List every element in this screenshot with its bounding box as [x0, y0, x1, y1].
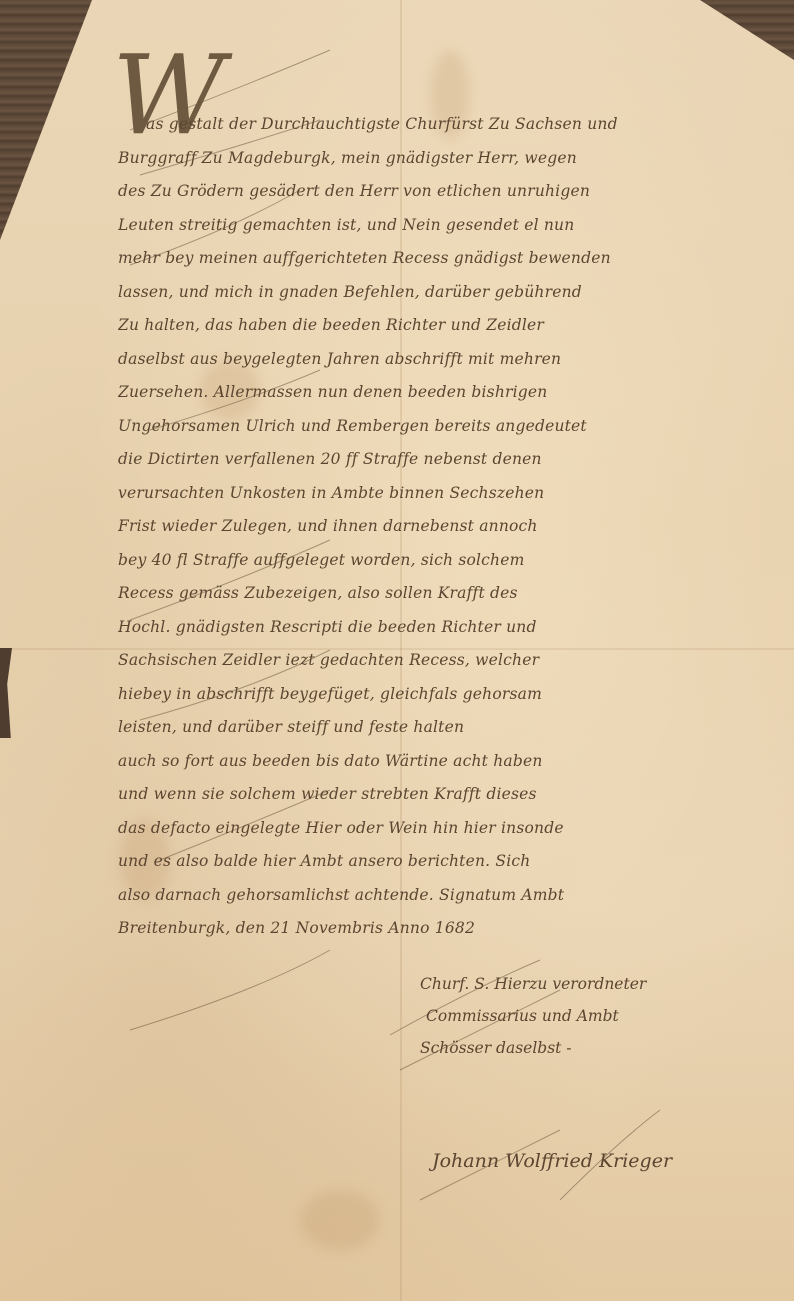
body-line: also darnach gehorsamlichst achtende. Si… [118, 879, 788, 913]
body-line: Leuten streitig gemachten ist, und Nein … [118, 209, 788, 243]
body-line: Ungehorsamen Ulrich und Rembergen bereit… [118, 410, 788, 444]
body-line: Hochl. gnädigsten Rescripti die beeden R… [118, 611, 788, 645]
body-line: bey 40 fl Straffe auffgeleget worden, si… [118, 544, 788, 578]
water-stain [300, 1190, 380, 1250]
body-line dateline: Breitenburgk, den 21 Novembris Anno 1682 [118, 912, 788, 946]
body-line: auch so fort aus beeden bis dato Wärtine… [118, 745, 788, 779]
signature: Johann Wolffried Krieger [432, 1150, 672, 1172]
body-line: hiebey in abschrifft beygefüget, gleichf… [118, 678, 788, 712]
closing-line: Churf. S. Hierzu verordneter [420, 968, 790, 1000]
body-line: das defacto eingelegte Hier oder Wein hi… [118, 812, 788, 846]
body-line: as gestalt der Durchlauchtigste Churfürs… [118, 108, 788, 142]
body-line: Frist wieder Zulegen, und ihnen darneben… [118, 510, 788, 544]
body-line: und wenn sie solchem wieder strebten Kra… [118, 778, 788, 812]
body-line: Zuersehen. Allermassen nun denen beeden … [118, 376, 788, 410]
body-line: des Zu Grödern gesädert den Herr von etl… [118, 175, 788, 209]
closing-line: Commissarius und Ambt [420, 1000, 790, 1032]
body-line: und es also balde hier Ambt ansero beric… [118, 845, 788, 879]
body-line: leisten, und darüber steiff und feste ha… [118, 711, 788, 745]
body-line: Zu halten, das haben die beeden Richter … [118, 309, 788, 343]
letter-body: as gestalt der Durchlauchtigste Churfürs… [118, 108, 788, 946]
closing-block: Churf. S. Hierzu verordneter Commissariu… [420, 968, 790, 1064]
body-line: Sachsischen Zeidler iezt gedachten Reces… [118, 644, 788, 678]
body-line: daselbst aus beygelegten Jahren abschrif… [118, 343, 788, 377]
body-line: Recess gemäss Zubezeigen, also sollen Kr… [118, 577, 788, 611]
body-line: lassen, und mich in gnaden Befehlen, dar… [118, 276, 788, 310]
body-line: verursachten Unkosten in Ambte binnen Se… [118, 477, 788, 511]
closing-line: Schösser daselbst - [420, 1032, 790, 1064]
body-line: mehr bey meinen auffgerichteten Recess g… [118, 242, 788, 276]
body-line: die Dictirten verfallenen 20 ff Straffe … [118, 443, 788, 477]
body-line: Burggraff Zu Magdeburgk, mein gnädigster… [118, 142, 788, 176]
